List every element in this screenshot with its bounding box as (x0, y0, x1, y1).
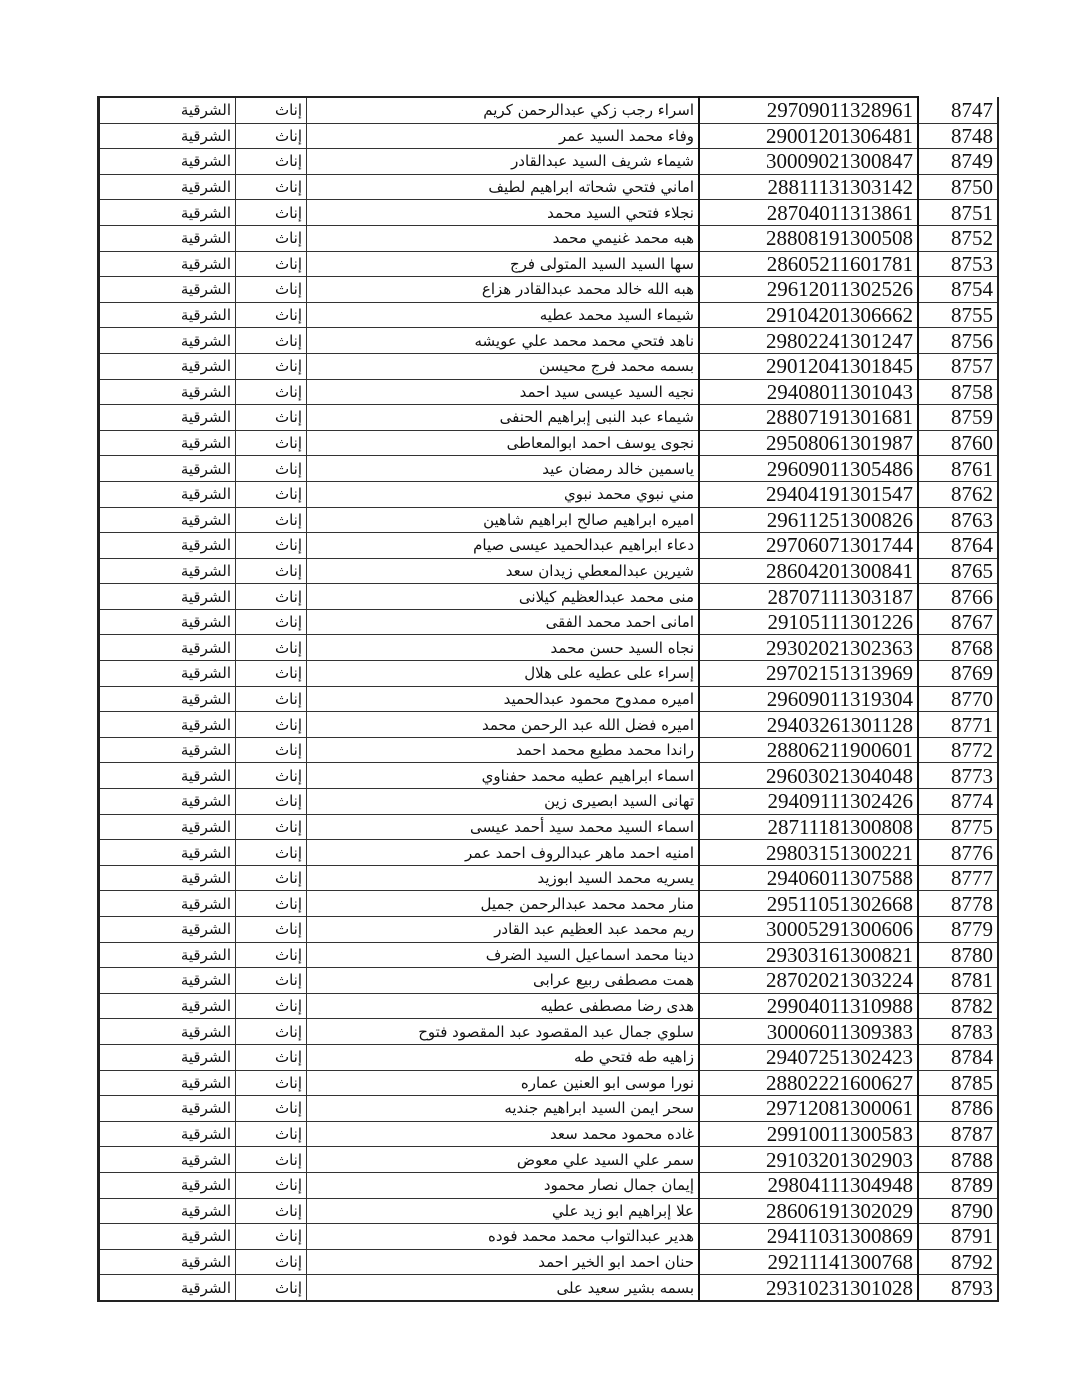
row-number-cell: 8788 (918, 1147, 998, 1173)
gender-cell: إناث (236, 865, 307, 891)
gender-cell: إناث (236, 97, 307, 123)
table-row: الشرقيةإناثمني نبوي محمد نبوي29404191301… (99, 481, 999, 507)
governorate-cell: الشرقية (99, 507, 236, 533)
table-row: الشرقيةإناثغاده محمود محمد سعد2991001130… (99, 1121, 999, 1147)
table-row: الشرقيةإناثامانى احمد محمد الفقى29105111… (99, 609, 999, 635)
row-number-cell: 8751 (918, 200, 998, 226)
national-id-cell: 28711181300808 (699, 814, 918, 840)
row-number-cell: 8766 (918, 584, 998, 610)
row-number-cell: 8750 (918, 174, 998, 200)
row-number-cell: 8777 (918, 865, 998, 891)
national-id-cell: 28811131303142 (699, 174, 918, 200)
governorate-cell: الشرقية (99, 251, 236, 277)
governorate-cell: الشرقية (99, 328, 236, 354)
governorate-cell: الشرقية (99, 1198, 236, 1224)
row-number-cell: 8782 (918, 993, 998, 1019)
gender-cell: إناث (236, 661, 307, 687)
gender-cell: إناث (236, 405, 307, 431)
row-number-cell: 8760 (918, 430, 998, 456)
national-id-cell: 29804111304948 (699, 1172, 918, 1198)
national-id-cell: 29609011305486 (699, 456, 918, 482)
governorate-cell: الشرقية (99, 200, 236, 226)
name-cell: نجلاء فتحي السيد محمد (307, 200, 700, 226)
row-number-cell: 8790 (918, 1198, 998, 1224)
governorate-cell: الشرقية (99, 840, 236, 866)
row-number-cell: 8774 (918, 789, 998, 815)
table-row: الشرقيةإناثاماني فتحي شحاته ابراهيم لطيف… (99, 174, 999, 200)
row-number-cell: 8783 (918, 1019, 998, 1045)
name-cell: اميره ابراهيم صالح ابراهيم شاهين (307, 507, 700, 533)
national-id-cell: 29904011310988 (699, 993, 918, 1019)
row-number-cell: 8754 (918, 277, 998, 303)
table-row: الشرقيةإناثنجاه السيد حسن محمد2930202130… (99, 635, 999, 661)
table-row: الشرقيةإناثياسمين خالد رمضان عيد29609011… (99, 456, 999, 482)
national-id-cell: 29104201306662 (699, 302, 918, 328)
table-row: الشرقيةإناثنورا موسى ابو العنين عماره288… (99, 1070, 999, 1096)
name-cell: شيماء شريف السيد عبدالقادر (307, 149, 700, 175)
table-row: الشرقيةإناثنجيه السيد عيسى سيد احمد29408… (99, 379, 999, 405)
row-number-cell: 8785 (918, 1070, 998, 1096)
row-number-cell: 8778 (918, 891, 998, 917)
row-number-cell: 8767 (918, 609, 998, 635)
governorate-cell: الشرقية (99, 993, 236, 1019)
governorate-cell: الشرقية (99, 456, 236, 482)
name-cell: سها السيد السيد المتولى فرج (307, 251, 700, 277)
table-row: الشرقيةإناثبسمه بشير سعيد على29310231301… (99, 1275, 999, 1301)
national-id-cell: 29702151313969 (699, 661, 918, 687)
governorate-cell: الشرقية (99, 1096, 236, 1122)
table-row: الشرقيةإناثشيرين عبدالمعطي زيدان سعد2860… (99, 558, 999, 584)
governorate-cell: الشرقية (99, 661, 236, 687)
national-id-cell: 29407251302423 (699, 1044, 918, 1070)
gender-cell: إناث (236, 430, 307, 456)
name-cell: سحر ايمن السيد ابراهيم جنديه (307, 1096, 700, 1122)
name-cell: وفاء محمد السيد عمر (307, 123, 700, 149)
gender-cell: إناث (236, 1275, 307, 1301)
governorate-cell: الشرقية (99, 789, 236, 815)
gender-cell: إناث (236, 507, 307, 533)
row-number-cell: 8776 (918, 840, 998, 866)
name-cell: علا إبراهيم ابو زيد علي (307, 1198, 700, 1224)
national-id-cell: 29303161300821 (699, 942, 918, 968)
gender-cell: إناث (236, 1121, 307, 1147)
governorate-cell: الشرقية (99, 405, 236, 431)
table-row: الشرقيةإناثزاهيه طه فتحي طه2940725130242… (99, 1044, 999, 1070)
gender-cell: إناث (236, 942, 307, 968)
gender-cell: إناث (236, 1249, 307, 1275)
table-row: الشرقيةإناثاميره فضل الله عبد الرحمن محم… (99, 712, 999, 738)
national-id-cell: 29105111301226 (699, 609, 918, 635)
national-id-cell: 29302021302363 (699, 635, 918, 661)
governorate-cell: الشرقية (99, 1275, 236, 1301)
row-number-cell: 8753 (918, 251, 998, 277)
national-id-cell: 28704011313861 (699, 200, 918, 226)
national-id-cell: 29802241301247 (699, 328, 918, 354)
row-number-cell: 8786 (918, 1096, 998, 1122)
gender-cell: إناث (236, 1224, 307, 1250)
gender-cell: إناث (236, 917, 307, 943)
table-row: الشرقيةإناثراندا محمد مطيع محمد احمد2880… (99, 737, 999, 763)
row-number-cell: 8787 (918, 1121, 998, 1147)
name-cell: همت مصطفى ربيع عرابى (307, 968, 700, 994)
gender-cell: إناث (236, 789, 307, 815)
name-cell: هبه الله خالد محمد عبدالقادر هزاع (307, 277, 700, 303)
table-row: الشرقيةإناثهبه الله خالد محمد عبدالقادر … (99, 277, 999, 303)
name-cell: اميره ممدوح محمود عبدالحميد (307, 686, 700, 712)
table-row: الشرقيةإناثشيماء عبد النبى إبراهيم الحنف… (99, 405, 999, 431)
governorate-cell: الشرقية (99, 1224, 236, 1250)
table-row: الشرقيةإناثشيماء شريف السيد عبدالقادر300… (99, 149, 999, 175)
name-cell: شيماء السيد محمد عطيه (307, 302, 700, 328)
national-id-cell: 28807191301681 (699, 405, 918, 431)
governorate-cell: الشرقية (99, 149, 236, 175)
name-cell: دعاء ابراهيم عبدالحميد عيسى صيام (307, 533, 700, 559)
table-row: الشرقيةإناثاسراء رجب زكي عبدالرحمن كريم2… (99, 97, 999, 123)
row-number-cell: 8793 (918, 1275, 998, 1301)
national-id-cell: 28806211900601 (699, 737, 918, 763)
name-cell: حنان احمد ابو الخير احمد (307, 1249, 700, 1275)
name-cell: سمر علي السيد علي معوض (307, 1147, 700, 1173)
national-id-cell: 28707111303187 (699, 584, 918, 610)
gender-cell: إناث (236, 686, 307, 712)
governorate-cell: الشرقية (99, 558, 236, 584)
gender-cell: إناث (236, 225, 307, 251)
row-number-cell: 8780 (918, 942, 998, 968)
gender-cell: إناث (236, 379, 307, 405)
name-cell: إيمان جمال نصار محمود (307, 1172, 700, 1198)
gender-cell: إناث (236, 840, 307, 866)
table-row: الشرقيةإناثاميره ابراهيم صالح ابراهيم شا… (99, 507, 999, 533)
row-number-cell: 8757 (918, 353, 998, 379)
name-cell: نجوى يوسف احمد ابوالمعاطى (307, 430, 700, 456)
row-number-cell: 8764 (918, 533, 998, 559)
table-row: الشرقيةإناثامنيه احمد ماهر عبدالروف احمد… (99, 840, 999, 866)
gender-cell: إناث (236, 1070, 307, 1096)
national-id-cell: 29403261301128 (699, 712, 918, 738)
national-id-cell: 29404191301547 (699, 481, 918, 507)
national-id-cell: 29408011301043 (699, 379, 918, 405)
gender-cell: إناث (236, 763, 307, 789)
row-number-cell: 8747 (918, 97, 998, 123)
name-cell: منى محمد عبدالعظيم كيلانى (307, 584, 700, 610)
table-row: الشرقيةإناثنجوى يوسف احمد ابوالمعاطى2950… (99, 430, 999, 456)
gender-cell: إناث (236, 149, 307, 175)
table-row: الشرقيةإناثحنان احمد ابو الخير احمد29211… (99, 1249, 999, 1275)
table-row: الشرقيةإناثسحر ايمن السيد ابراهيم جنديه2… (99, 1096, 999, 1122)
row-number-cell: 8752 (918, 225, 998, 251)
gender-cell: إناث (236, 533, 307, 559)
row-number-cell: 8762 (918, 481, 998, 507)
governorate-cell: الشرقية (99, 430, 236, 456)
national-id-cell: 29609011319304 (699, 686, 918, 712)
governorate-cell: الشرقية (99, 686, 236, 712)
governorate-cell: الشرقية (99, 942, 236, 968)
national-id-cell: 30005291300606 (699, 917, 918, 943)
governorate-cell: الشرقية (99, 1121, 236, 1147)
national-id-cell: 29406011307588 (699, 865, 918, 891)
name-cell: هدى رضا مصطفى عطيه (307, 993, 700, 1019)
table-row: الشرقيةإناثوفاء محمد السيد عمر2900120130… (99, 123, 999, 149)
name-cell: ياسمين خالد رمضان عيد (307, 456, 700, 482)
row-number-cell: 8775 (918, 814, 998, 840)
row-number-cell: 8781 (918, 968, 998, 994)
gender-cell: إناث (236, 481, 307, 507)
gender-cell: إناث (236, 302, 307, 328)
governorate-cell: الشرقية (99, 481, 236, 507)
governorate-cell: الشرقية (99, 917, 236, 943)
name-cell: اسماء ابراهيم عطيه محمد حفناوي (307, 763, 700, 789)
national-id-cell: 29508061301987 (699, 430, 918, 456)
row-number-cell: 8773 (918, 763, 998, 789)
name-cell: زاهيه طه فتحي طه (307, 1044, 700, 1070)
row-number-cell: 8789 (918, 1172, 998, 1198)
gender-cell: إناث (236, 635, 307, 661)
governorate-cell: الشرقية (99, 891, 236, 917)
national-id-cell: 29103201302903 (699, 1147, 918, 1173)
governorate-cell: الشرقية (99, 814, 236, 840)
governorate-cell: الشرقية (99, 379, 236, 405)
governorate-cell: الشرقية (99, 97, 236, 123)
gender-cell: إناث (236, 1172, 307, 1198)
row-number-cell: 8756 (918, 328, 998, 354)
table-row: الشرقيةإناثمنار محمد محمد عبدالرحمن جميل… (99, 891, 999, 917)
name-cell: منار محمد محمد عبدالرحمن جميل (307, 891, 700, 917)
gender-cell: إناث (236, 328, 307, 354)
name-cell: هدير عبدالتواب محمد محمد فوده (307, 1224, 700, 1250)
name-cell: هبه محمد غنيمي محمد (307, 225, 700, 251)
national-id-cell: 29910011300583 (699, 1121, 918, 1147)
table-row: الشرقيةإناثدينا محمد اسماعيل السيد الضرف… (99, 942, 999, 968)
row-number-cell: 8770 (918, 686, 998, 712)
name-cell: مني نبوي محمد نبوي (307, 481, 700, 507)
governorate-cell: الشرقية (99, 353, 236, 379)
name-cell: امنيه احمد ماهر عبدالروف احمد عمر (307, 840, 700, 866)
row-number-cell: 8768 (918, 635, 998, 661)
row-number-cell: 8779 (918, 917, 998, 943)
governorate-cell: الشرقية (99, 174, 236, 200)
gender-cell: إناث (236, 891, 307, 917)
name-cell: شيماء عبد النبى إبراهيم الحنفى (307, 405, 700, 431)
national-id-cell: 28802221600627 (699, 1070, 918, 1096)
governorate-cell: الشرقية (99, 737, 236, 763)
row-number-cell: 8792 (918, 1249, 998, 1275)
national-id-cell: 29603021304048 (699, 763, 918, 789)
table-row: الشرقيةإناثهمت مصطفى ربيع عرابى287020213… (99, 968, 999, 994)
gender-cell: إناث (236, 200, 307, 226)
gender-cell: إناث (236, 1019, 307, 1045)
name-cell: سلوي جمال عبد المقصود عبد المقصود فتوح (307, 1019, 700, 1045)
name-cell: راندا محمد مطيع محمد احمد (307, 737, 700, 763)
name-cell: نجيه السيد عيسى سيد احمد (307, 379, 700, 405)
gender-cell: إناث (236, 584, 307, 610)
table-row: الشرقيةإناثناهد فتحي محمد محمد علي عويشه… (99, 328, 999, 354)
governorate-cell: الشرقية (99, 123, 236, 149)
row-number-cell: 8755 (918, 302, 998, 328)
table-row: الشرقيةإناثهبه محمد غنيمي محمد2880819130… (99, 225, 999, 251)
name-cell: شيرين عبدالمعطي زيدان سعد (307, 558, 700, 584)
table-row: الشرقيةإناثبسمه محمد فرج محيسن2901204130… (99, 353, 999, 379)
table-row: الشرقيةإناثتهانى السيد ابصيرى زين2940911… (99, 789, 999, 815)
table-row: الشرقيةإناثسلوي جمال عبد المقصود عبد الم… (99, 1019, 999, 1045)
row-number-cell: 8759 (918, 405, 998, 431)
table-row: الشرقيةإناثاسماء ابراهيم عطيه محمد حفناو… (99, 763, 999, 789)
governorate-cell: الشرقية (99, 865, 236, 891)
gender-cell: إناث (236, 737, 307, 763)
row-number-cell: 8784 (918, 1044, 998, 1070)
governorate-cell: الشرقية (99, 609, 236, 635)
governorate-cell: الشرقية (99, 302, 236, 328)
gender-cell: إناث (236, 993, 307, 1019)
governorate-cell: الشرقية (99, 277, 236, 303)
name-cell: ريم محمد عبد العظيم عبد القادر (307, 917, 700, 943)
table-row: الشرقيةإناثسمر علي السيد علي معوض2910320… (99, 1147, 999, 1173)
name-cell: غاده محمود محمد سعد (307, 1121, 700, 1147)
governorate-cell: الشرقية (99, 968, 236, 994)
gender-cell: إناث (236, 174, 307, 200)
name-cell: بسمه محمد فرج محيسن (307, 353, 700, 379)
name-cell: اميره فضل الله عبد الرحمن محمد (307, 712, 700, 738)
table-row: الشرقيةإناثدعاء ابراهيم عبدالحميد عيسى ص… (99, 533, 999, 559)
name-cell: اسماء السيد محمد سيد أحمد عيسى (307, 814, 700, 840)
table-row: الشرقيةإناثيسريه محمد السيد ابوزيد294060… (99, 865, 999, 891)
row-number-cell: 8763 (918, 507, 998, 533)
table-row: الشرقيةإناثمنى محمد عبدالعظيم كيلانى2870… (99, 584, 999, 610)
gender-cell: إناث (236, 1147, 307, 1173)
table-row: الشرقيةإناثنجلاء فتحي السيد محمد28704011… (99, 200, 999, 226)
table-row: الشرقيةإناثعلا إبراهيم ابو زيد علي286061… (99, 1198, 999, 1224)
national-id-cell: 29706071301744 (699, 533, 918, 559)
governorate-cell: الشرقية (99, 1019, 236, 1045)
national-id-cell: 30006011309383 (699, 1019, 918, 1045)
table-row: الشرقيةإناثإسراء على عطيه على هلال297021… (99, 661, 999, 687)
gender-cell: إناث (236, 1096, 307, 1122)
national-id-cell: 28604201300841 (699, 558, 918, 584)
national-id-cell: 29611251300826 (699, 507, 918, 533)
national-id-cell: 28606191302029 (699, 1198, 918, 1224)
national-id-cell: 29411031300869 (699, 1224, 918, 1250)
row-number-cell: 8769 (918, 661, 998, 687)
gender-cell: إناث (236, 277, 307, 303)
gender-cell: إناث (236, 251, 307, 277)
table-row: الشرقيةإناثسها السيد السيد المتولى فرج28… (99, 251, 999, 277)
document-sheet: الشرقيةإناثاسراء رجب زكي عبدالرحمن كريم2… (97, 96, 992, 1302)
national-id-cell: 29001201306481 (699, 123, 918, 149)
governorate-cell: الشرقية (99, 225, 236, 251)
national-id-cell: 29803151300221 (699, 840, 918, 866)
table-row: الشرقيةإناثاسماء السيد محمد سيد أحمد عيس… (99, 814, 999, 840)
national-id-cell: 28808191300508 (699, 225, 918, 251)
row-number-cell: 8749 (918, 149, 998, 175)
national-id-cell: 29211141300768 (699, 1249, 918, 1275)
table-row: الشرقيةإناثهدير عبدالتواب محمد محمد فوده… (99, 1224, 999, 1250)
gender-cell: إناث (236, 456, 307, 482)
governorate-cell: الشرقية (99, 763, 236, 789)
table-row: الشرقيةإناثإيمان جمال نصار محمود29804111… (99, 1172, 999, 1198)
national-id-cell: 29310231301028 (699, 1275, 918, 1301)
governorate-cell: الشرقية (99, 1044, 236, 1070)
table-row: الشرقيةإناثشيماء السيد محمد عطيه29104201… (99, 302, 999, 328)
national-id-cell: 29511051302668 (699, 891, 918, 917)
governorate-cell: الشرقية (99, 1172, 236, 1198)
governorate-cell: الشرقية (99, 635, 236, 661)
gender-cell: إناث (236, 1044, 307, 1070)
gender-cell: إناث (236, 814, 307, 840)
row-number-cell: 8761 (918, 456, 998, 482)
gender-cell: إناث (236, 558, 307, 584)
national-id-cell: 29012041301845 (699, 353, 918, 379)
row-number-cell: 8771 (918, 712, 998, 738)
national-id-cell: 29712081300061 (699, 1096, 918, 1122)
national-id-cell: 29709011328961 (699, 97, 918, 123)
row-number-cell: 8765 (918, 558, 998, 584)
name-cell: إسراء على عطيه على هلال (307, 661, 700, 687)
row-number-cell: 8772 (918, 737, 998, 763)
gender-cell: إناث (236, 968, 307, 994)
national-id-cell: 28702021303224 (699, 968, 918, 994)
name-cell: بسمه بشير سعيد على (307, 1275, 700, 1301)
gender-cell: إناث (236, 609, 307, 635)
table-row: الشرقيةإناثريم محمد عبد العظيم عبد القاد… (99, 917, 999, 943)
name-cell: دينا محمد اسماعيل السيد الضرف (307, 942, 700, 968)
name-cell: نورا موسى ابو العنين عماره (307, 1070, 700, 1096)
name-cell: امانى احمد محمد الفقى (307, 609, 700, 635)
name-cell: نجاه السيد حسن محمد (307, 635, 700, 661)
name-cell: تهانى السيد ابصيرى زين (307, 789, 700, 815)
governorate-cell: الشرقية (99, 1147, 236, 1173)
name-cell: اماني فتحي شحاته ابراهيم لطيف (307, 174, 700, 200)
gender-cell: إناث (236, 1198, 307, 1224)
national-id-cell: 29409111302426 (699, 789, 918, 815)
national-id-cell: 30009021300847 (699, 149, 918, 175)
name-cell: يسريه محمد السيد ابوزيد (307, 865, 700, 891)
name-cell: اسراء رجب زكي عبدالرحمن كريم (307, 97, 700, 123)
governorate-cell: الشرقية (99, 712, 236, 738)
governorate-cell: الشرقية (99, 1070, 236, 1096)
governorate-cell: الشرقية (99, 1249, 236, 1275)
row-number-cell: 8758 (918, 379, 998, 405)
gender-cell: إناث (236, 712, 307, 738)
national-id-cell: 28605211601781 (699, 251, 918, 277)
governorate-cell: الشرقية (99, 533, 236, 559)
table-row: الشرقيةإناثهدى رضا مصطفى عطيه29904011310… (99, 993, 999, 1019)
name-cell: ناهد فتحي محمد محمد علي عويشه (307, 328, 700, 354)
table-row: الشرقيةإناثاميره ممدوح محمود عبدالحميد29… (99, 686, 999, 712)
gender-cell: إناث (236, 353, 307, 379)
records-table: الشرقيةإناثاسراء رجب زكي عبدالرحمن كريم2… (97, 96, 999, 1302)
row-number-cell: 8791 (918, 1224, 998, 1250)
gender-cell: إناث (236, 123, 307, 149)
row-number-cell: 8748 (918, 123, 998, 149)
table-body: الشرقيةإناثاسراء رجب زكي عبدالرحمن كريم2… (99, 97, 999, 1301)
governorate-cell: الشرقية (99, 584, 236, 610)
national-id-cell: 29612011302526 (699, 277, 918, 303)
